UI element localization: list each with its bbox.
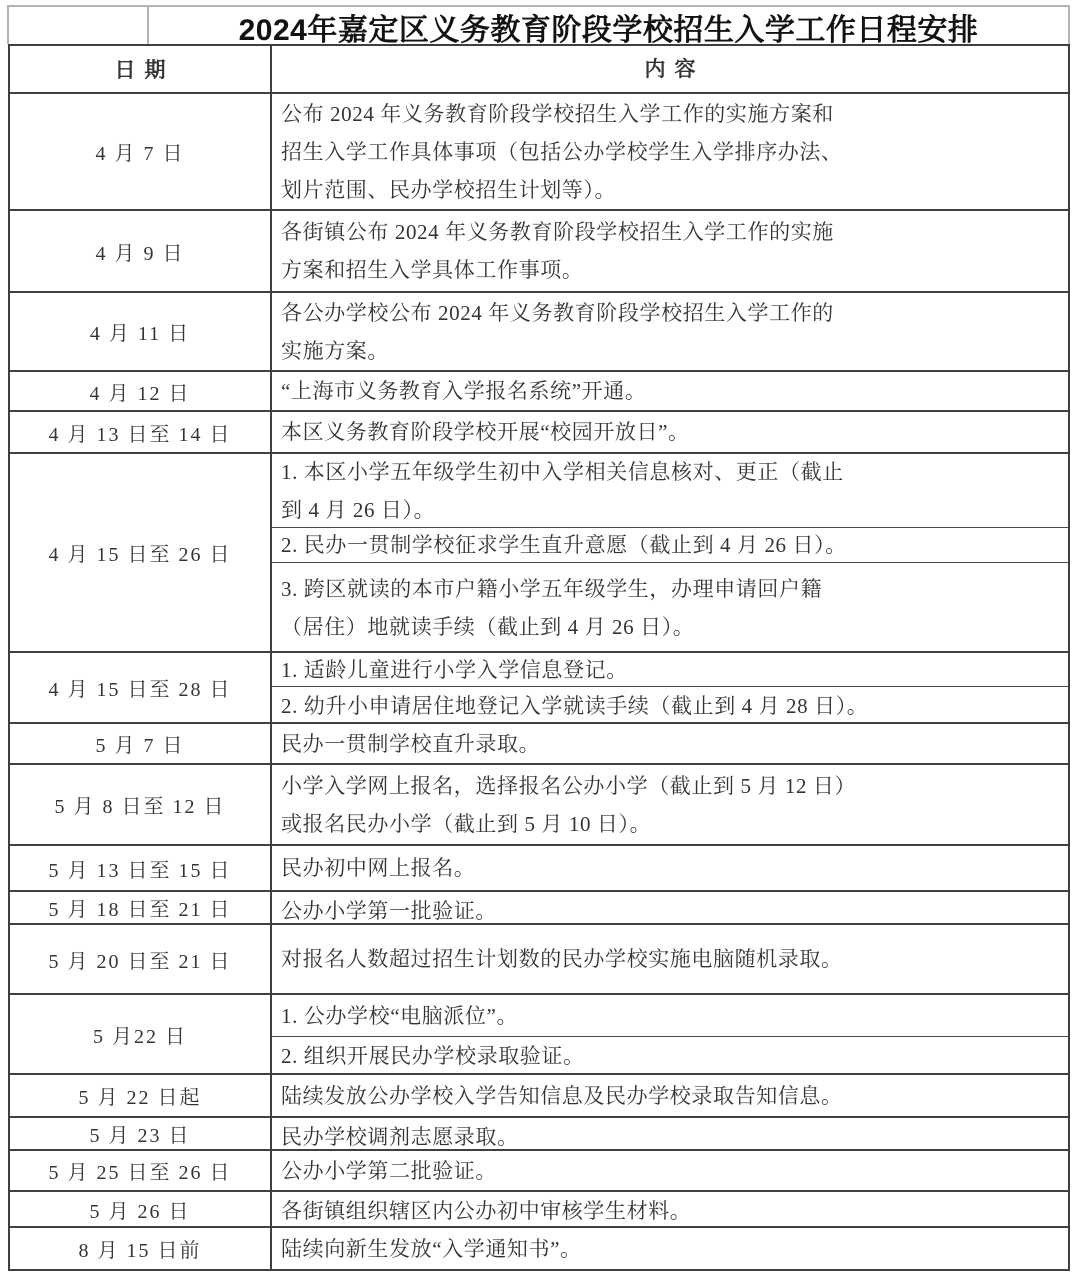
- date-cell: 5 月 13 日至 15 日: [10, 846, 272, 890]
- content-item: 对报名人数超过招生计划数的民办学校实施电脑随机录取。: [272, 925, 1068, 993]
- table-row: 5 月 8 日至 12 日小学入学网上报名，选择报名公办小学（截止到 5 月 1…: [10, 763, 1068, 844]
- content-column: 公办小学第一批验证。: [272, 892, 1068, 923]
- table-row: 4 月 15 日至 28 日1. 适龄儿童进行小学入学信息登记。2. 幼升小申请…: [10, 651, 1068, 722]
- content-item: 2. 组织开展民办学校录取验证。: [272, 1036, 1068, 1075]
- content-column: 各街镇公布 2024 年义务教育阶段学校招生入学工作的实施 方案和招生入学具体工…: [272, 211, 1068, 291]
- content-item: 本区义务教育阶段学校开展“校园开放日”。: [272, 412, 1068, 452]
- table-row: 5 月 18 日至 21 日公办小学第一批验证。: [10, 890, 1068, 923]
- date-cell: 4 月 15 日至 26 日: [10, 454, 272, 651]
- content-column: 陆续发放公办学校入学告知信息及民办学校录取告知信息。: [272, 1075, 1068, 1116]
- table-row: 5 月 23 日民办学校调剂志愿录取。: [10, 1116, 1068, 1149]
- page-title: 2024年嘉定区义务教育阶段学校招生入学工作日程安排: [149, 7, 1068, 46]
- content-column: 民办学校调剂志愿录取。: [272, 1118, 1068, 1149]
- content-column: 1. 公办学校“电脑派位”。2. 组织开展民办学校录取验证。: [272, 995, 1068, 1073]
- date-cell: 4 月 15 日至 28 日: [10, 653, 272, 722]
- content-item: 2. 幼升小申请居住地登记入学就读手续（截止到 4 月 28 日）。: [272, 686, 1068, 724]
- content-item: 1. 本区小学五年级学生初中入学相关信息核对、更正（截止 到 4 月 26 日）…: [272, 454, 1068, 527]
- content-column: 对报名人数超过招生计划数的民办学校实施电脑随机录取。: [272, 925, 1068, 993]
- table-row: 5 月 7 日民办一贯制学校直升录取。: [10, 722, 1068, 763]
- date-cell: 5 月 26 日: [10, 1192, 272, 1226]
- table-row: 5 月 22 日起陆续发放公办学校入学告知信息及民办学校录取告知信息。: [10, 1073, 1068, 1116]
- date-cell: 5 月 20 日至 21 日: [10, 925, 272, 993]
- table-row: 4 月 11 日各公办学校公布 2024 年义务教育阶段学校招生入学工作的 实施…: [10, 291, 1068, 370]
- content-column: 公布 2024 年义务教育阶段学校招生入学工作的实施方案和 招生入学工作具体事项…: [272, 94, 1068, 209]
- content-item: 民办初中网上报名。: [272, 846, 1068, 890]
- table-row: 5 月 26 日各街镇组织辖区内公办初中审核学生材料。: [10, 1190, 1068, 1226]
- content-column: 1. 适龄儿童进行小学入学信息登记。2. 幼升小申请居住地登记入学就读手续（截止…: [272, 653, 1068, 722]
- table-header-row: 日期 内容: [10, 46, 1068, 92]
- schedule-table: 日期 内容 4 月 7 日公布 2024 年义务教育阶段学校招生入学工作的实施方…: [8, 44, 1070, 1271]
- content-item: 公布 2024 年义务教育阶段学校招生入学工作的实施方案和 招生入学工作具体事项…: [272, 94, 1068, 209]
- content-item: 陆续发放公办学校入学告知信息及民办学校录取告知信息。: [272, 1075, 1068, 1116]
- table-row: 4 月 15 日至 26 日1. 本区小学五年级学生初中入学相关信息核对、更正（…: [10, 452, 1068, 651]
- title-row: 2024年嘉定区义务教育阶段学校招生入学工作日程安排: [7, 5, 1070, 44]
- table-body: 4 月 7 日公布 2024 年义务教育阶段学校招生入学工作的实施方案和 招生入…: [10, 92, 1068, 1269]
- date-cell: 5 月 18 日至 21 日: [10, 892, 272, 923]
- content-column: 公办小学第二批验证。: [272, 1151, 1068, 1190]
- table-row: 5 月 13 日至 15 日民办初中网上报名。: [10, 844, 1068, 890]
- content-item: 各街镇公布 2024 年义务教育阶段学校招生入学工作的实施 方案和招生入学具体工…: [272, 211, 1068, 291]
- column-header-date: 日期: [10, 46, 272, 92]
- content-item: 1. 适龄儿童进行小学入学信息登记。: [272, 653, 1068, 686]
- content-column: 民办一贯制学校直升录取。: [272, 724, 1068, 763]
- table-row: 4 月 12 日“上海市义务教育入学报名系统”开通。: [10, 370, 1068, 410]
- content-item: “上海市义务教育入学报名系统”开通。: [272, 372, 1068, 410]
- content-item: 3. 跨区就读的本市户籍小学五年级学生，办理申请回户籍 （居住）地就读手续（截止…: [272, 562, 1068, 653]
- date-cell: 8 月 15 日前: [10, 1228, 272, 1269]
- date-cell: 5 月 22 日起: [10, 1075, 272, 1116]
- content-item: 各公办学校公布 2024 年义务教育阶段学校招生入学工作的 实施方案。: [272, 293, 1068, 370]
- table-row: 5 月 25 日至 26 日公办小学第二批验证。: [10, 1149, 1068, 1190]
- content-item: 1. 公办学校“电脑派位”。: [272, 995, 1068, 1036]
- table-row: 8 月 15 日前陆续向新生发放“入学通知书”。: [10, 1226, 1068, 1269]
- date-cell: 4 月 7 日: [10, 94, 272, 209]
- content-item: 2. 民办一贯制学校征求学生直升意愿（截止到 4 月 26 日）。: [272, 527, 1068, 562]
- header-content-column: 内容: [272, 46, 1068, 92]
- date-cell: 4 月 13 日至 14 日: [10, 412, 272, 452]
- column-header-content: 内容: [272, 46, 1068, 92]
- table-row: 4 月 7 日公布 2024 年义务教育阶段学校招生入学工作的实施方案和 招生入…: [10, 92, 1068, 209]
- date-cell: 5 月 7 日: [10, 724, 272, 763]
- date-cell: 5 月 23 日: [10, 1118, 272, 1149]
- content-column: 小学入学网上报名，选择报名公办小学（截止到 5 月 12 日） 或报名民办小学（…: [272, 765, 1068, 844]
- date-cell: 5 月 25 日至 26 日: [10, 1151, 272, 1190]
- table-row: 5 月22 日1. 公办学校“电脑派位”。2. 组织开展民办学校录取验证。: [10, 993, 1068, 1073]
- content-column: 1. 本区小学五年级学生初中入学相关信息核对、更正（截止 到 4 月 26 日）…: [272, 454, 1068, 651]
- content-item: 各街镇组织辖区内公办初中审核学生材料。: [272, 1192, 1068, 1230]
- table-row: 4 月 9 日各街镇公布 2024 年义务教育阶段学校招生入学工作的实施 方案和…: [10, 209, 1068, 291]
- content-item: 公办小学第二批验证。: [272, 1151, 1068, 1190]
- content-column: “上海市义务教育入学报名系统”开通。: [272, 372, 1068, 410]
- date-cell: 4 月 9 日: [10, 211, 272, 291]
- date-cell: 4 月 11 日: [10, 293, 272, 370]
- content-column: 各公办学校公布 2024 年义务教育阶段学校招生入学工作的 实施方案。: [272, 293, 1068, 370]
- date-cell: 5 月22 日: [10, 995, 272, 1073]
- table-row: 4 月 13 日至 14 日本区义务教育阶段学校开展“校园开放日”。: [10, 410, 1068, 452]
- date-cell: 5 月 8 日至 12 日: [10, 765, 272, 844]
- content-item: 民办一贯制学校直升录取。: [272, 724, 1068, 763]
- content-item: 小学入学网上报名，选择报名公办小学（截止到 5 月 12 日） 或报名民办小学（…: [272, 765, 1068, 844]
- content-column: 民办初中网上报名。: [272, 846, 1068, 890]
- content-column: 各街镇组织辖区内公办初中审核学生材料。: [272, 1192, 1068, 1226]
- content-item: 陆续向新生发放“入学通知书”。: [272, 1228, 1068, 1269]
- content-column: 陆续向新生发放“入学通知书”。: [272, 1228, 1068, 1269]
- table-row: 5 月 20 日至 21 日对报名人数超过招生计划数的民办学校实施电脑随机录取。: [10, 923, 1068, 993]
- content-column: 本区义务教育阶段学校开展“校园开放日”。: [272, 412, 1068, 452]
- date-cell: 4 月 12 日: [10, 372, 272, 410]
